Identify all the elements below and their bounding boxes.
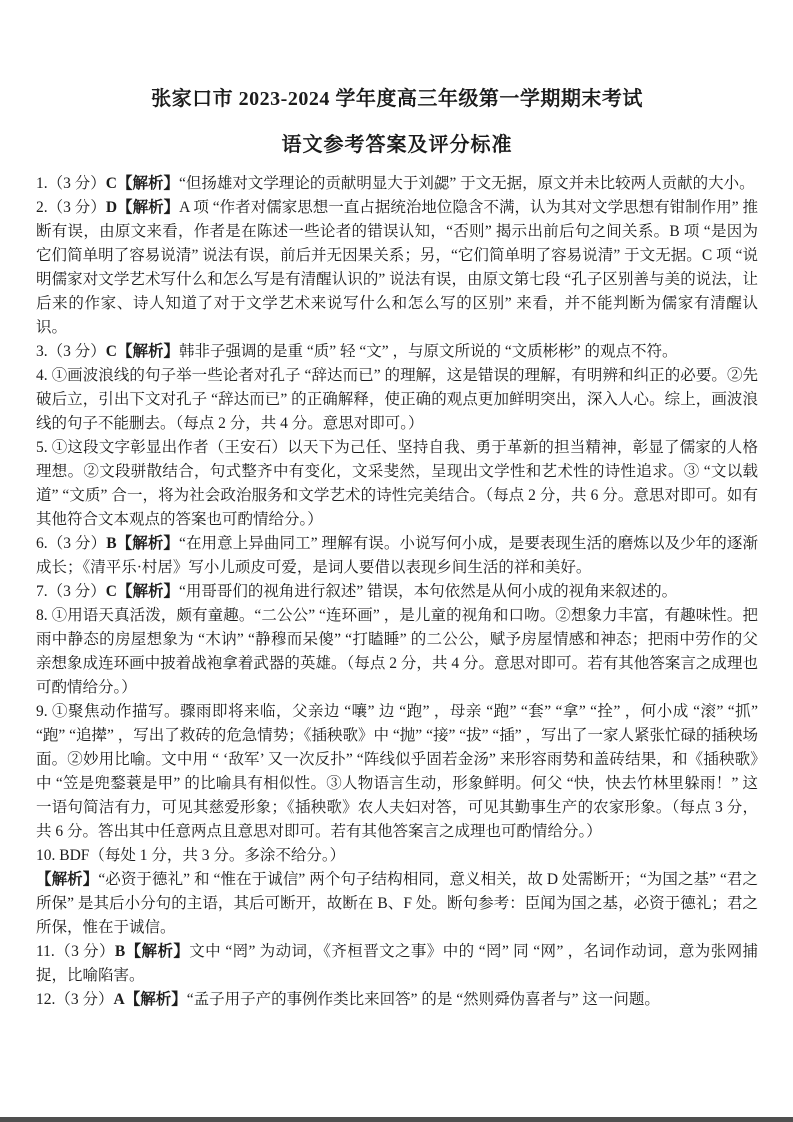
item-lead: 1.（3 分） <box>36 175 106 192</box>
item-lead: 6.（3 分） <box>36 535 106 552</box>
item-answer: 【解析】 <box>36 871 98 888</box>
document-content: 张家口市 2023-2024 学年度高三年级第一学期期末考试 语文参考答案及评分… <box>36 84 758 1012</box>
answer-item-5: 5. ①这段文字彰显出作者（王安石）以天下为己任、坚持自我、勇于革新的担当精神，… <box>36 436 758 532</box>
item-body: ①聚焦动作描写。骤雨即将来临，父亲边 “嚷” 边 “跑” ，母亲 “跑” “套”… <box>36 703 758 840</box>
item-lead: 3.（3 分） <box>36 343 106 360</box>
item-answer: C【解析】 <box>106 343 179 360</box>
item-lead: 11.（3 分） <box>36 943 115 960</box>
item-answer: B【解析】 <box>106 535 179 552</box>
item-answer: C【解析】 <box>106 583 179 600</box>
answer-item-8: 8. ①用语天真活泼，颇有童趣。“二公公” “连环画” ，是儿童的视角和口吻。②… <box>36 604 758 700</box>
item-body: “但扬雄对文学理论的贡献明显大于刘勰” 于文无据，原文并未比较两人贡献的大小。 <box>179 175 755 192</box>
item-answer: A【解析】 <box>114 991 187 1008</box>
item-lead: 2.（3 分） <box>36 199 106 216</box>
item-lead: 4. <box>36 367 52 384</box>
item-answer: B【解析】 <box>115 943 189 960</box>
answer-item-1: 1.（3 分）C【解析】“但扬雄对文学理论的贡献明显大于刘勰” 于文无据，原文并… <box>36 172 758 196</box>
item-lead: 9. <box>36 703 52 720</box>
answer-item-9: 9. ①聚焦动作描写。骤雨即将来临，父亲边 “嚷” 边 “跑” ，母亲 “跑” … <box>36 700 758 844</box>
item-body: “孟子用子产的事例作类比来回答” 的是 “然则舜伪喜者与” 这一问题。 <box>187 991 660 1008</box>
answer-item-12: 12.（3 分）A【解析】“孟子用子产的事例作类比来回答” 的是 “然则舜伪喜者… <box>36 988 758 1012</box>
item-body: ①这段文字彰显出作者（王安石）以天下为己任、坚持自我、勇于革新的担当精神，彰显了… <box>36 439 758 528</box>
answer-item-7: 7.（3 分）C【解析】“用哥哥们的视角进行叙述” 错误，本句依然是从何小成的视… <box>36 580 758 604</box>
item-lead: 7.（3 分） <box>36 583 106 600</box>
item-body: “用哥哥们的视角进行叙述” 错误，本句依然是从何小成的视角来叙述的。 <box>179 583 677 600</box>
item-body: ①画波浪线的句子举一些论者对孔子 “辞达而已” 的理解，这是错误的理解，有明辨和… <box>36 367 758 432</box>
item-body: “必资于德礼” 和 “惟在于诚信” 两个句子结构相同，意义相关，故 D 处需断开… <box>36 871 758 936</box>
item-lead: 12.（3 分） <box>36 991 114 1008</box>
answer-item-4: 4. ①画波浪线的句子举一些论者对孔子 “辞达而已” 的理解，这是错误的理解，有… <box>36 364 758 436</box>
page-bottom-edge <box>0 1117 793 1122</box>
page-title: 张家口市 2023-2024 学年度高三年级第一学期期末考试 <box>36 84 758 114</box>
answer-item-3: 3.（3 分）C【解析】韩非子强调的是重 “质” 轻 “文” ，与原文所说的 “… <box>36 340 758 364</box>
answer-item-6: 6.（3 分）B【解析】“在用意上异曲同工” 理解有误。小说写何小成，是要表现生… <box>36 532 758 580</box>
answer-item-11: 11.（3 分）B【解析】文中 “罔” 为动词，《齐桓晋文之事》中的 “罔” 同… <box>36 940 758 988</box>
item-answer: D【解析】 <box>106 199 179 216</box>
page-subtitle: 语文参考答案及评分标准 <box>36 130 758 160</box>
item-lead: 5. <box>36 439 52 456</box>
item-lead: 8. <box>36 607 52 624</box>
item-lead: 10. <box>36 847 59 864</box>
item-body: ①用语天真活泼，颇有童趣。“二公公” “连环画” ，是儿童的视角和口吻。②想象力… <box>36 607 758 696</box>
item-body: 韩非子强调的是重 “质” 轻 “文” ，与原文所说的 “文质彬彬” 的观点不符。 <box>179 343 678 360</box>
document-page: 张家口市 2023-2024 学年度高三年级第一学期期末考试 语文参考答案及评分… <box>0 0 793 1122</box>
answer-item-10: 10. BDF（每处 1 分，共 3 分。多涂不给分。） <box>36 844 758 868</box>
item-body: BDF（每处 1 分，共 3 分。多涂不给分。） <box>59 847 345 864</box>
item-body: A 项 “作者对儒家思想一直占据统治地位隐含不满，认为其对文学思想有钳制作用” … <box>36 199 758 336</box>
item-answer: C【解析】 <box>106 175 179 192</box>
answer-item-2: 2.（3 分）D【解析】A 项 “作者对儒家思想一直占据统治地位隐含不满，认为其… <box>36 196 758 340</box>
answer-item-10-analysis: 【解析】“必资于德礼” 和 “惟在于诚信” 两个句子结构相同，意义相关，故 D … <box>36 868 758 940</box>
